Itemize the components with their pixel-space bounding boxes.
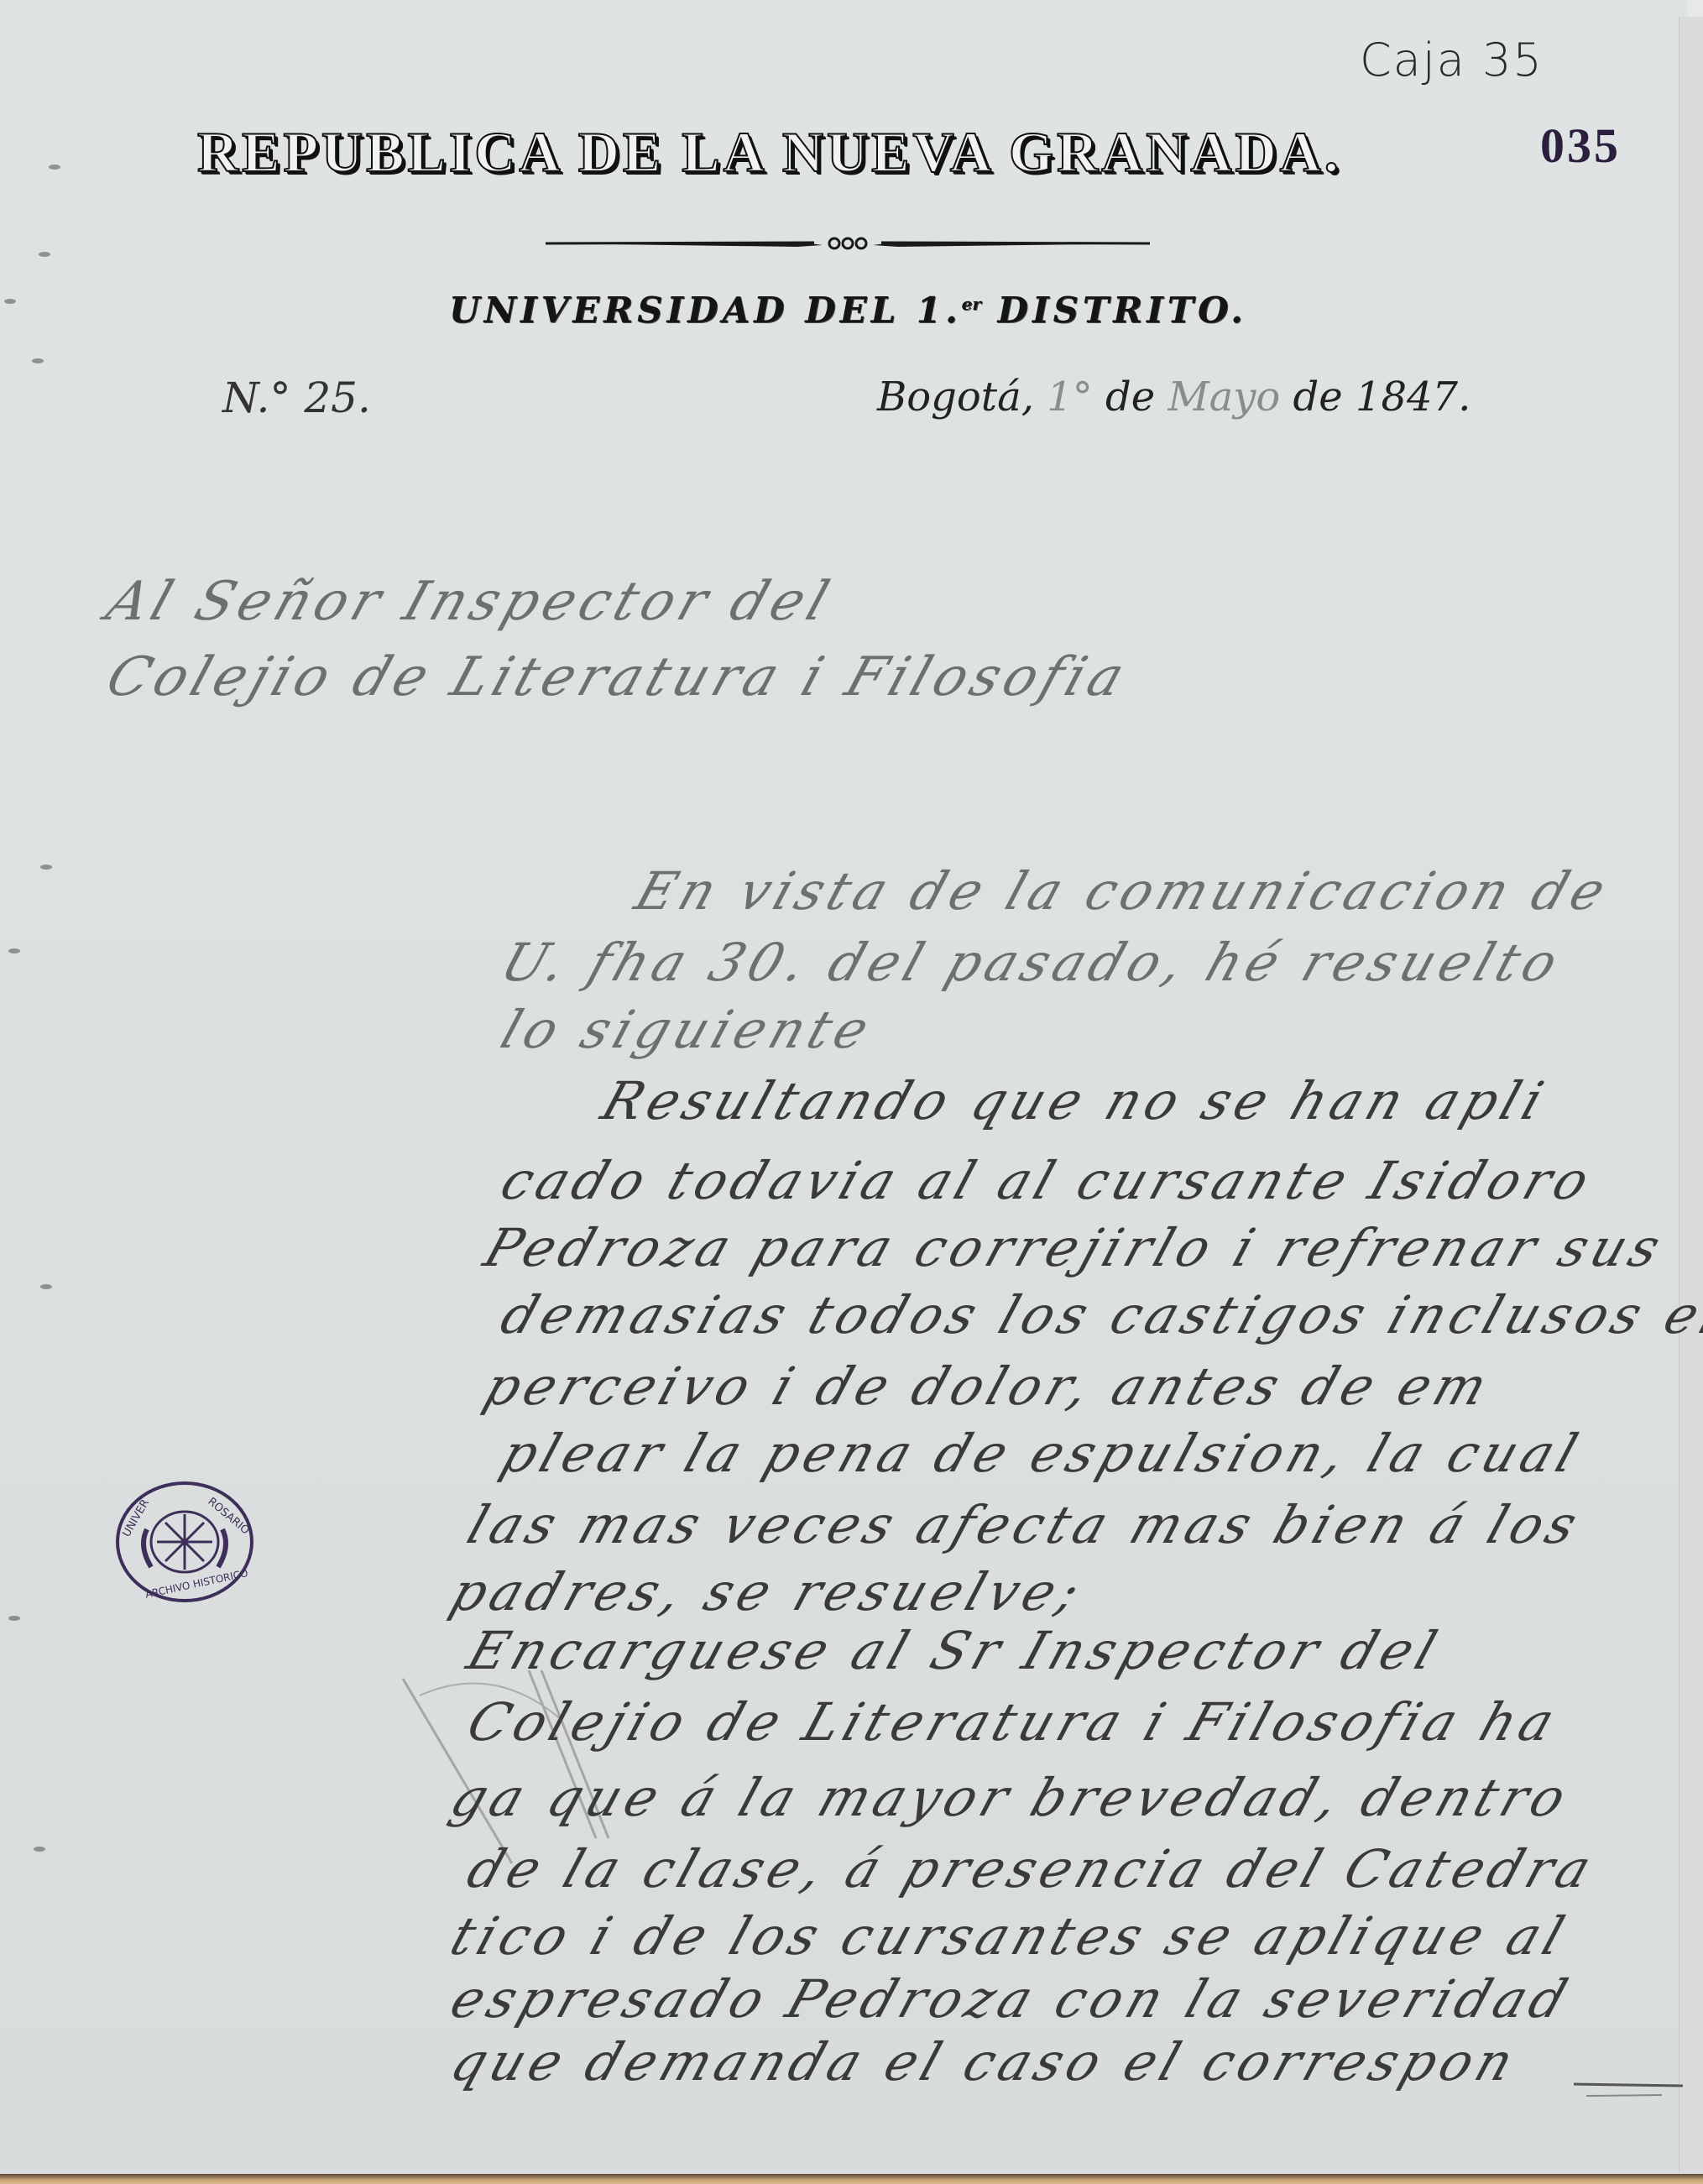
body-line: U. fha 30. del pasado, hé resuelto: [494, 932, 1570, 993]
binding-mark: [49, 165, 60, 170]
body-line: tico i de los cursantes se aplique al: [443, 1905, 1576, 1967]
binding-mark: [8, 948, 20, 954]
body-line: demasias todos los castigos inclusos el: [494, 1284, 1703, 1345]
body-line: plear la pena de espulsion, la cual: [494, 1423, 1590, 1484]
addressee-line: Al Señor Inspector del: [99, 571, 841, 633]
date-month: Mayo: [1168, 374, 1280, 421]
ornament-divider-icon: [546, 235, 1150, 252]
binding-mark: [32, 358, 44, 363]
binding-mark: [40, 865, 52, 870]
subtitle-superscript: er: [962, 294, 981, 314]
binding-mark: [39, 252, 50, 257]
date-city: Bogotá,: [877, 374, 1034, 421]
binding-mark: [40, 1284, 52, 1289]
date-year: 1847.: [1356, 374, 1471, 421]
archive-stamp-icon: UNIVER ROSARIO ARCHIVO HISTORICO: [113, 1479, 256, 1605]
folio-number: 035: [1540, 118, 1621, 174]
body-line: lo siguiente: [494, 999, 881, 1060]
date-connector: de: [1293, 374, 1343, 421]
date-connector: de: [1105, 374, 1155, 421]
page-edge-bottom: [0, 2174, 1703, 2184]
addressee-line: Colejio de Literatura i Filosofia: [99, 646, 1136, 708]
binding-mark: [4, 299, 16, 304]
binding-mark: [8, 1616, 20, 1621]
pencil-marks-icon: [394, 1670, 646, 1889]
letterhead-subtitle: UNIVERSIDAD DEL 1.er DISTRITO.: [449, 290, 1314, 331]
letterhead-title: REPUBLICA DE LA NUEVA GRANADA.: [197, 119, 1507, 185]
reference-number: N.° 25.: [222, 374, 371, 422]
subtitle-text: UNIVERSIDAD DEL 1.: [449, 290, 962, 331]
body-line: las mas veces afecta mas bien á los: [460, 1494, 1590, 1555]
body-line: cado todavia al al cursante Isidoro: [494, 1150, 1601, 1211]
body-line: perceivo i de dolor, antes de em: [477, 1356, 1500, 1417]
body-line: que demanda el caso el correspon: [443, 2031, 1526, 2093]
body-line: espresado Pedroza con la severidad: [443, 1968, 1580, 2030]
body-line: En vista de la comunicacion de: [628, 860, 1618, 922]
archive-box-note: Caja 35: [1360, 34, 1544, 86]
subtitle-text: DISTRITO.: [981, 290, 1247, 331]
binding-mark: [34, 1847, 45, 1852]
line-filler-flourish-icon: [1570, 2077, 1687, 2103]
date-line: Bogotá, 1° de Mayo de 1847.: [877, 374, 1471, 421]
page-edge-right: [1679, 17, 1703, 2184]
body-line: padres, se resuelve;: [443, 1561, 1092, 1622]
body-line: Pedroza para correjirlo i refrenar sus: [477, 1217, 1673, 1278]
body-line: Resultando que no se han apli: [594, 1070, 1555, 1131]
date-day: 1°: [1047, 374, 1093, 421]
